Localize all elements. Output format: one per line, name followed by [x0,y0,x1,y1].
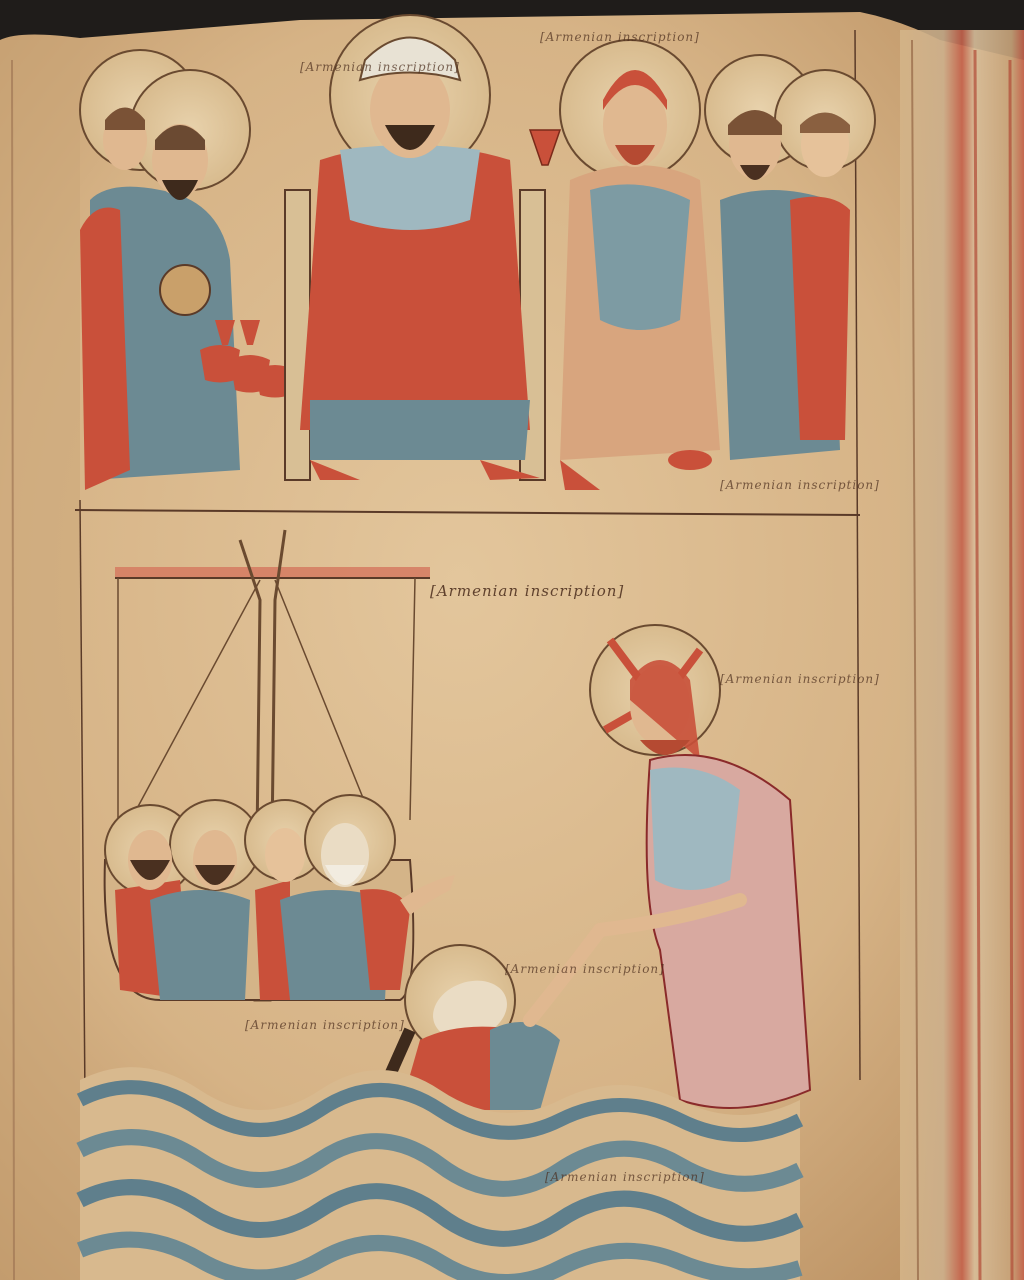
inscription-upper-right: [Armenian inscription] [540,30,700,44]
inscription-saint: [Armenian inscription] [505,962,665,976]
page-edges [900,30,1024,1280]
manuscript-photo [0,0,1024,1280]
inscription-lower-top: [Armenian inscription] [430,582,624,600]
inscription-boat: [Armenian inscription] [245,1018,405,1032]
upper-register [80,15,875,490]
inscription-upper-caption: [Armenian inscription] [720,478,880,492]
inscription-upper-left: [Armenian inscription] [300,60,460,74]
inscription-waves: [Armenian inscription] [545,1170,705,1184]
inscription-christ: [Armenian inscription] [720,672,880,686]
